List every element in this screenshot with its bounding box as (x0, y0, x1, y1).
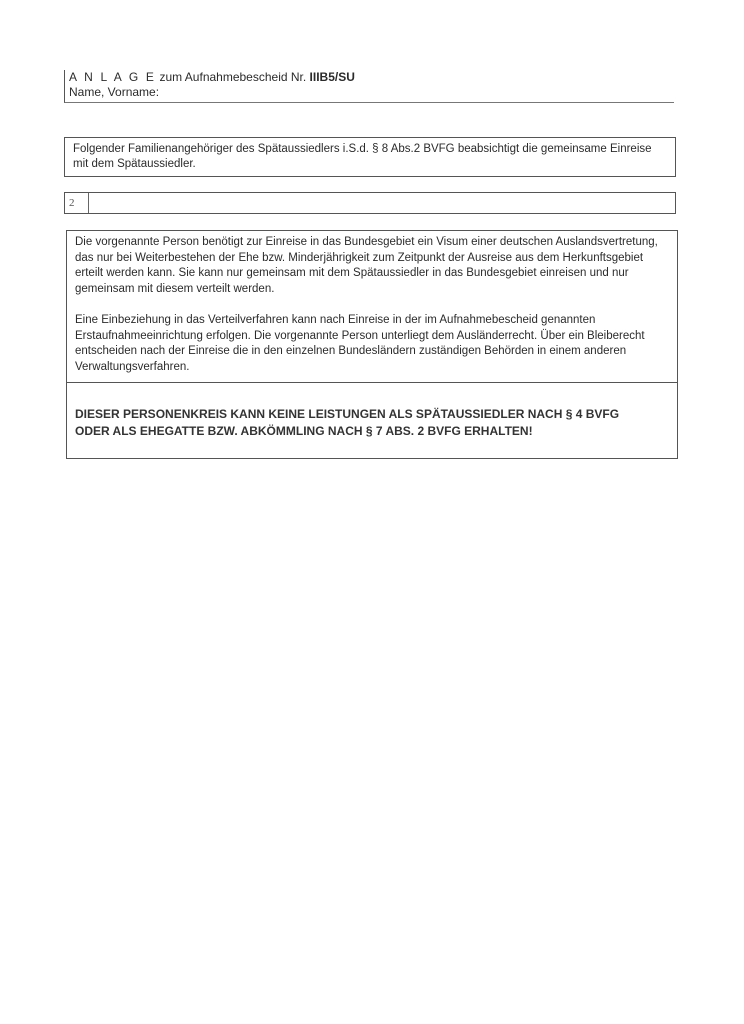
document-header: A N L A G E zum Aufnahmebescheid Nr. III… (64, 70, 674, 103)
info-box: Die vorgenannte Person benötigt zur Einr… (66, 230, 678, 383)
info-paragraph-distribution: Eine Einbeziehung in das Verteilverfahre… (75, 313, 669, 375)
warning-box: DIESER PERSONENKREIS KANN KEINE LEISTUNG… (66, 382, 678, 459)
name-field: Name, Vorname: (69, 85, 674, 100)
family-member-number: 2 (65, 193, 89, 213)
document-title: A N L A G E zum Aufnahmebescheid Nr. III… (69, 70, 674, 85)
title-subtitle: zum Aufnahmebescheid Nr. (156, 70, 309, 84)
family-member-name (89, 193, 675, 213)
reference-number: IIIB5/SU (310, 70, 355, 84)
name-label: Name, Vorname: (69, 85, 159, 99)
intro-box: Folgender Familienangehöriger des Spätau… (64, 137, 676, 177)
intro-text: Folgender Familienangehöriger des Spätau… (73, 143, 652, 170)
warning-line-2: ODER ALS EHEGATTE BZW. ABKÖMMLING NACH §… (75, 423, 669, 440)
info-paragraph-visa: Die vorgenannte Person benötigt zur Einr… (75, 235, 669, 297)
family-member-row: 2 (64, 192, 676, 214)
title-anlage: A N L A G E (69, 70, 156, 84)
warning-line-1: DIESER PERSONENKREIS KANN KEINE LEISTUNG… (75, 406, 669, 423)
